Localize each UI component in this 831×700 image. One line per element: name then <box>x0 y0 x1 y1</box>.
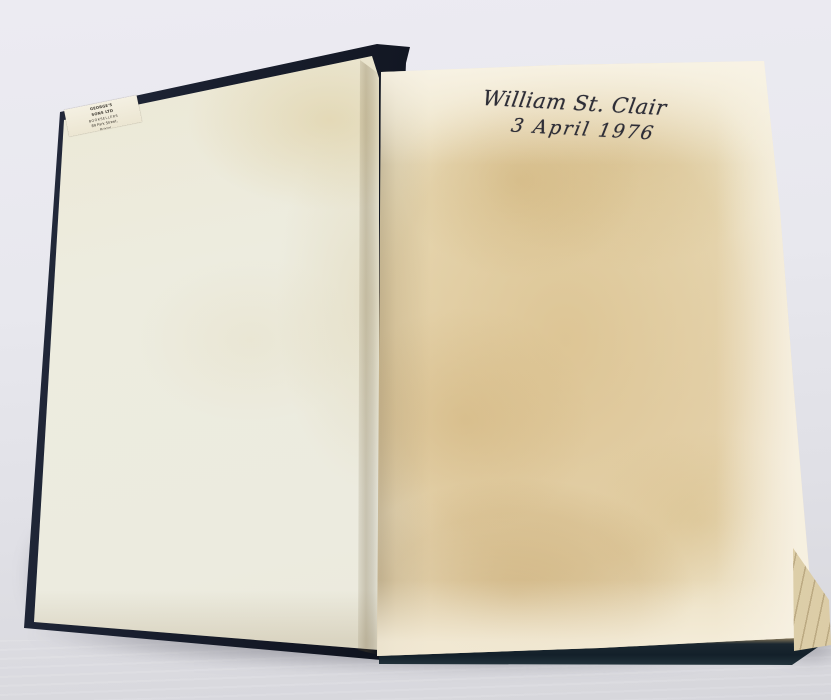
book-photograph: WILLIAM GEORGE'S SONS LTD BOOKSELLERS 89… <box>0 0 831 700</box>
